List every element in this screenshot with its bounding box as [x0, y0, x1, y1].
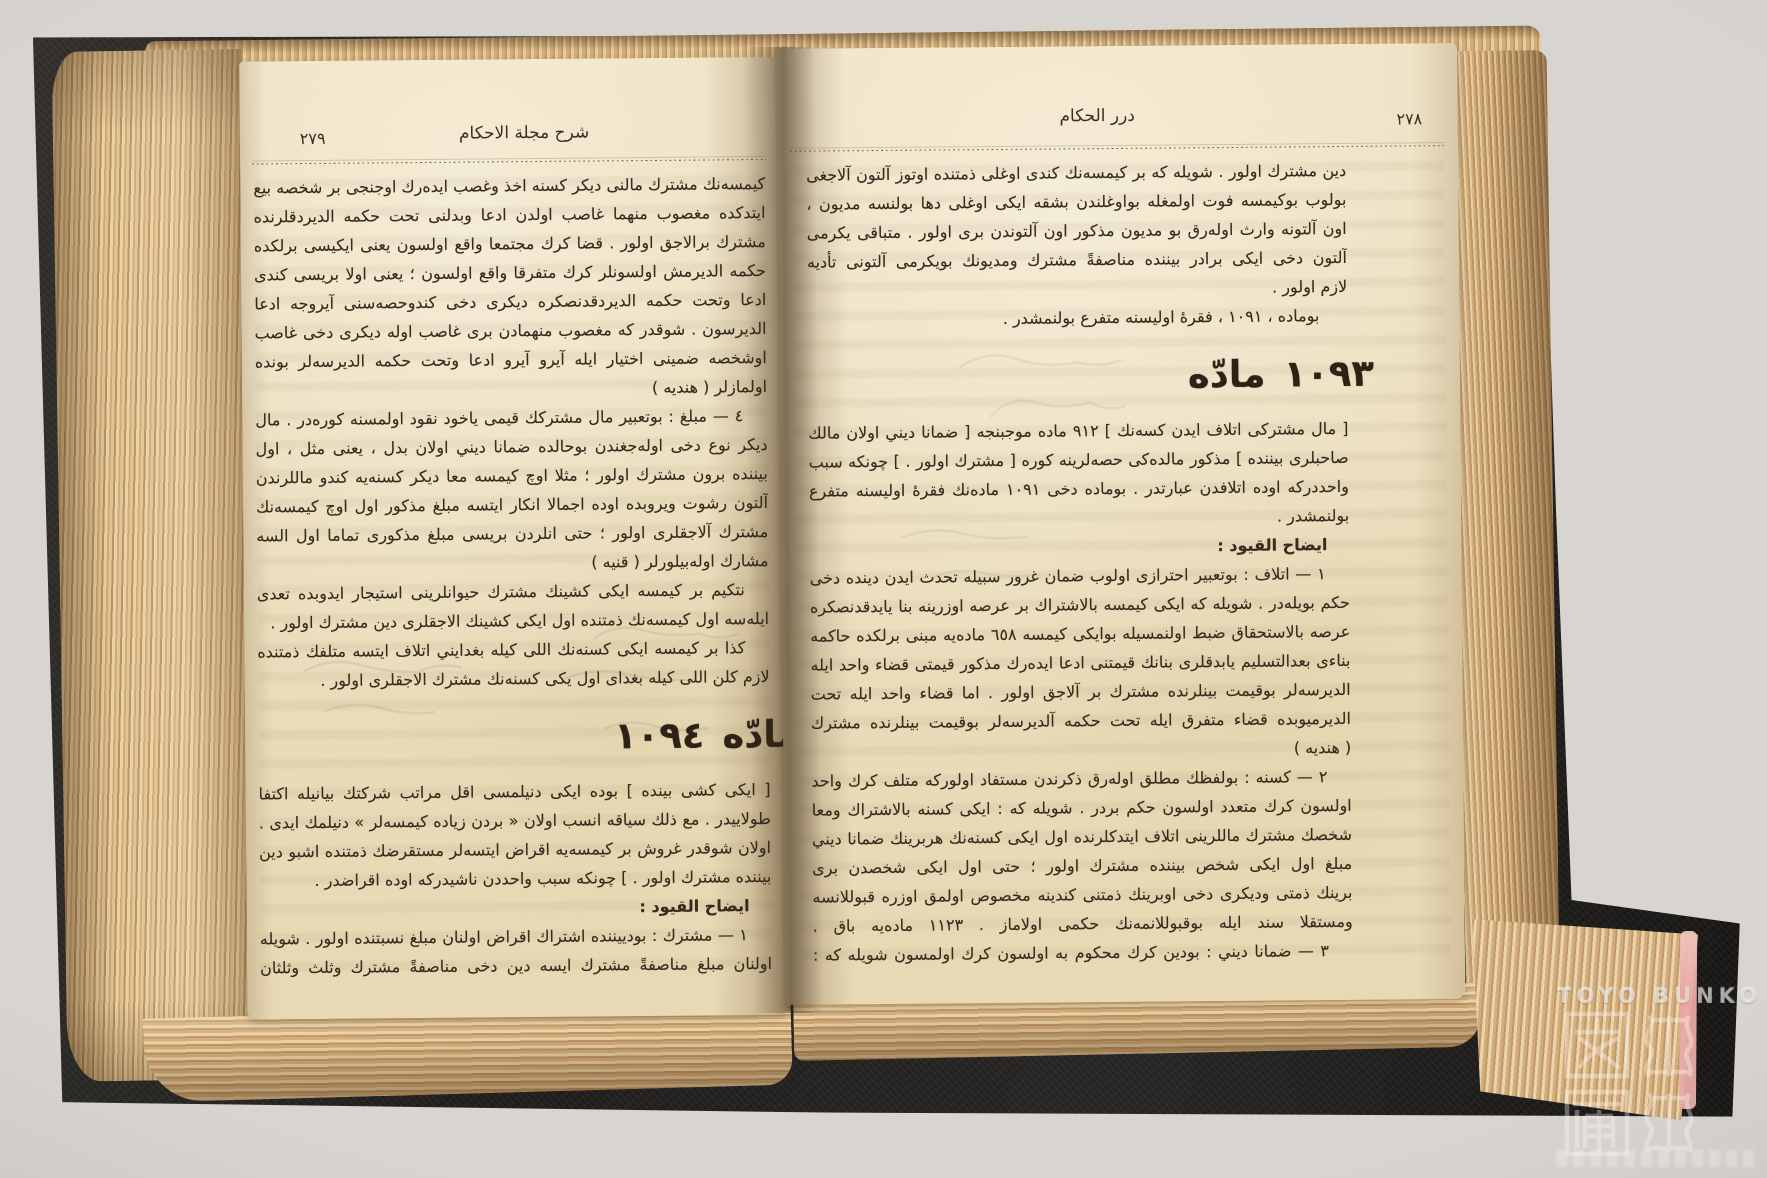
- text-line: ٤ — مبلغ : بوتعبير مال مشتركك قيمى ياخود…: [255, 401, 767, 434]
- article-word: مادّه: [1188, 352, 1266, 396]
- text-line: مشارك اوله‌بيلورلر ( قنيه ): [256, 546, 768, 579]
- page-edges-right: [1453, 50, 1560, 999]
- text-line: ١ — اتلاف : بوتعبير احترازى اولوب ضمان غ…: [810, 559, 1350, 593]
- toyo-bunko-watermark-text: TOYO BUNKO: [1557, 984, 1767, 1008]
- text-line: الديرسه‌لر بوقيمت بينلرنده مشترك بر آلاج…: [811, 675, 1351, 709]
- text-line: [ مال مشتركى اتلاف ايدن كسه‌نك ] ٩١٢ ماد…: [808, 414, 1348, 448]
- text-line: آلتون رشوت ويروبده اوده اجمالا انكار ايت…: [256, 488, 768, 521]
- text-line: اوشخصه ضمينى اختيار ايله آيرو آيرو ادعا …: [255, 343, 767, 376]
- text-line: ١ — مشترك : بودييننده اشتراك اقراض اولنا…: [260, 920, 772, 953]
- toyo-bunko-seal-icon: [1563, 1010, 1715, 1160]
- text-line: ادعا وتحت حكمه الديردقدنصكره ديكرى دخى ك…: [254, 285, 766, 318]
- open-book: ٢٧٩ شرح مجلة الاحكام كيمسه‌نك مشترك مالن…: [0, 0, 1767, 1178]
- article-heading-1094: ١٠٩٤ مادّه: [258, 702, 801, 771]
- text-line: كذا بر كيمسه ايكى كسنه‌نك اللى كيله بغدا…: [257, 633, 769, 666]
- text-line: حكم بويله‌در . شويله كه ايكى كيمسه بالاش…: [810, 588, 1350, 622]
- text-line: لازم كلن اللى كيله بغداى اول يكى كسنه‌نك…: [257, 662, 769, 695]
- text-line: مشترك برالاجق اولور . قضا كرك مجتمعا واق…: [254, 227, 766, 260]
- left-page: ٢٧٩ شرح مجلة الاحكام كيمسه‌نك مشترك مالن…: [239, 57, 787, 1020]
- text-line: ديكر نوع دخى اوله‌جغندن بوحالده ضمانا دي…: [255, 430, 767, 463]
- text-line: بناءى بعدالتسليم يابدقلرى بنانك قيمتنى ا…: [810, 646, 1350, 680]
- text-line: حكمه الديرمش اولسونلر كرك متفرقا واقع او…: [254, 256, 766, 289]
- text-line: صاحبلرى بيننده ] مذكور مالده‌كى حصه‌لرين…: [809, 443, 1349, 477]
- text-line: ومستقلا سند ايله بوقبوللانمه‌نك حكمى اول…: [813, 907, 1353, 941]
- text-line: بيننده مشترك اولور . ] چونكه سبب واحددن …: [259, 862, 771, 895]
- text-line: ( هنديه ): [811, 733, 1351, 767]
- right-page-title: درر الحكام: [1059, 106, 1135, 127]
- right-lines-bottom: [ مال مشتركى اتلاف ايدن كسه‌نك ] ٩١٢ ماد…: [808, 414, 1353, 970]
- article-heading-1093: مادّه ١٠٩٣: [800, 341, 1375, 410]
- article-number: ١٠٩٣: [1283, 351, 1374, 395]
- text-line: ٢ — كسنه : بولفظك مطلق اوله‌رق ذكرندن مس…: [811, 762, 1351, 796]
- text-line: عرصه بالاستحقاق ضبط اولنمسيله بوايكى كيم…: [810, 617, 1350, 651]
- left-text-column: كيمسه‌نك مشترك مالنى ديكر كسنه اخذ وغصب …: [253, 169, 772, 982]
- page-edges-left: [51, 49, 257, 1082]
- text-line: بيننده برون مشترك اولور ؛ مثلا اوچ كيمسه…: [256, 459, 768, 492]
- text-line: ايله‌سه اول كيمسه‌نك ذمتنده اول ايكى كشي…: [257, 604, 769, 637]
- text-line: اولسون كرك متعدد اولسون حكم بردر . شويله…: [812, 791, 1352, 825]
- text-line: ٣ — ضمانا ديني : بودين كرك محكوم به اولس…: [813, 936, 1353, 970]
- text-line: [ ايكى كشى بينده ] بوده ايكى دنيلمسى اقل…: [258, 775, 770, 808]
- text-line: ايضاح القيود :: [809, 530, 1349, 564]
- left-lines-top: كيمسه‌نك مشترك مالنى ديكر كسنه اخذ وغصب …: [253, 169, 770, 695]
- right-lines-top: دين مشترك اولور . شويله كه بر كيمسه‌نك ك…: [806, 156, 1347, 335]
- left-page-header: ٢٧٩ شرح مجلة الاحكام: [254, 115, 764, 159]
- text-line: واحددركه اوده اتلافدن عبارتدر . بوماده د…: [809, 472, 1349, 506]
- text-line: مشترك آلاجقلرى اولور ؛ حتى انلردن بريسى …: [256, 517, 768, 550]
- text-line: شخصك مشترك ماللرينى اتلاف ايتدكلرنده اول…: [812, 820, 1352, 854]
- text-line: طولاييدر . مع ذلك سياقه انسب اولان « برد…: [259, 804, 771, 837]
- text-line: نتكيم بر كيمسه ايكى كشينك مشترك حيوانلري…: [257, 575, 769, 608]
- text-line: ايتدكده مغصوب منهما غاصب اولدن ادعا وبدل…: [253, 198, 765, 231]
- text-line: اولنان مبلغ مناصفةً مشترك ايسه دين دخى م…: [260, 949, 772, 982]
- left-page-title: شرح مجلة الاحكام: [459, 123, 589, 144]
- text-line: اون آلتونه وارث اوله‌رق بو مديون مذكور ا…: [807, 214, 1347, 248]
- right-text-column: دين مشترك اولور . شويله كه بر كيمسه‌نك ك…: [806, 156, 1353, 970]
- text-line: الديرسون . شوقدر كه مغصوب منهمادن برى غا…: [254, 314, 766, 347]
- watermark-caption-row: [1556, 1150, 1758, 1167]
- text-line: آلتون دخى ايكى برادر بيننده مناصفةً مشتر…: [807, 243, 1347, 277]
- text-line: كيمسه‌نك مشترك مالنى ديكر كسنه اخذ وغصب …: [253, 169, 765, 202]
- right-page-number: ٢٧٨: [1396, 109, 1422, 128]
- text-line: الديرميوبده قضاء متفرق ايله تحت حكمه آلد…: [811, 704, 1351, 738]
- text-line: اولان شوقدر غروش بر كيمسه‌يه اقراض ايتسه…: [259, 833, 771, 866]
- text-line: دين مشترك اولور . شويله كه بر كيمسه‌نك ك…: [806, 156, 1346, 190]
- text-line: اولمازلر ( هنديه ): [255, 372, 767, 405]
- article-number: ١٠٩٤: [614, 713, 705, 757]
- right-page-header: درر الحكام ٢٧٨: [792, 101, 1442, 147]
- right-page: درر الحكام ٢٧٨ دين مشترك اولور . شويله ك…: [777, 43, 1465, 1005]
- left-lines-bottom: [ ايكى كشى بينده ] بوده ايكى دنيلمسى اقل…: [258, 775, 772, 982]
- text-line: بولوب بوكيمسه فوت اولمغله بواوغلندن بشقه…: [806, 185, 1346, 219]
- text-line: ايضاح القيود :: [259, 891, 771, 924]
- text-line: برينك ذمتى وديكرى دخى اوبرينك ذمتنى كندي…: [812, 878, 1352, 912]
- photo-scene: ٢٧٩ شرح مجلة الاحكام كيمسه‌نك مشترك مالن…: [0, 0, 1767, 1178]
- left-page-number: ٢٧٩: [300, 129, 326, 148]
- text-line: مبلغ اول ايكى شخص بيننده مشترك اولور ؛ ح…: [812, 849, 1352, 883]
- text-line: بوماده ، ١٠٩١ ، فقرهٔ اوليسنه متفرع بولن…: [807, 301, 1347, 335]
- text-line: لازم اولور .: [807, 272, 1347, 306]
- text-line: بولنمشدر .: [809, 501, 1349, 535]
